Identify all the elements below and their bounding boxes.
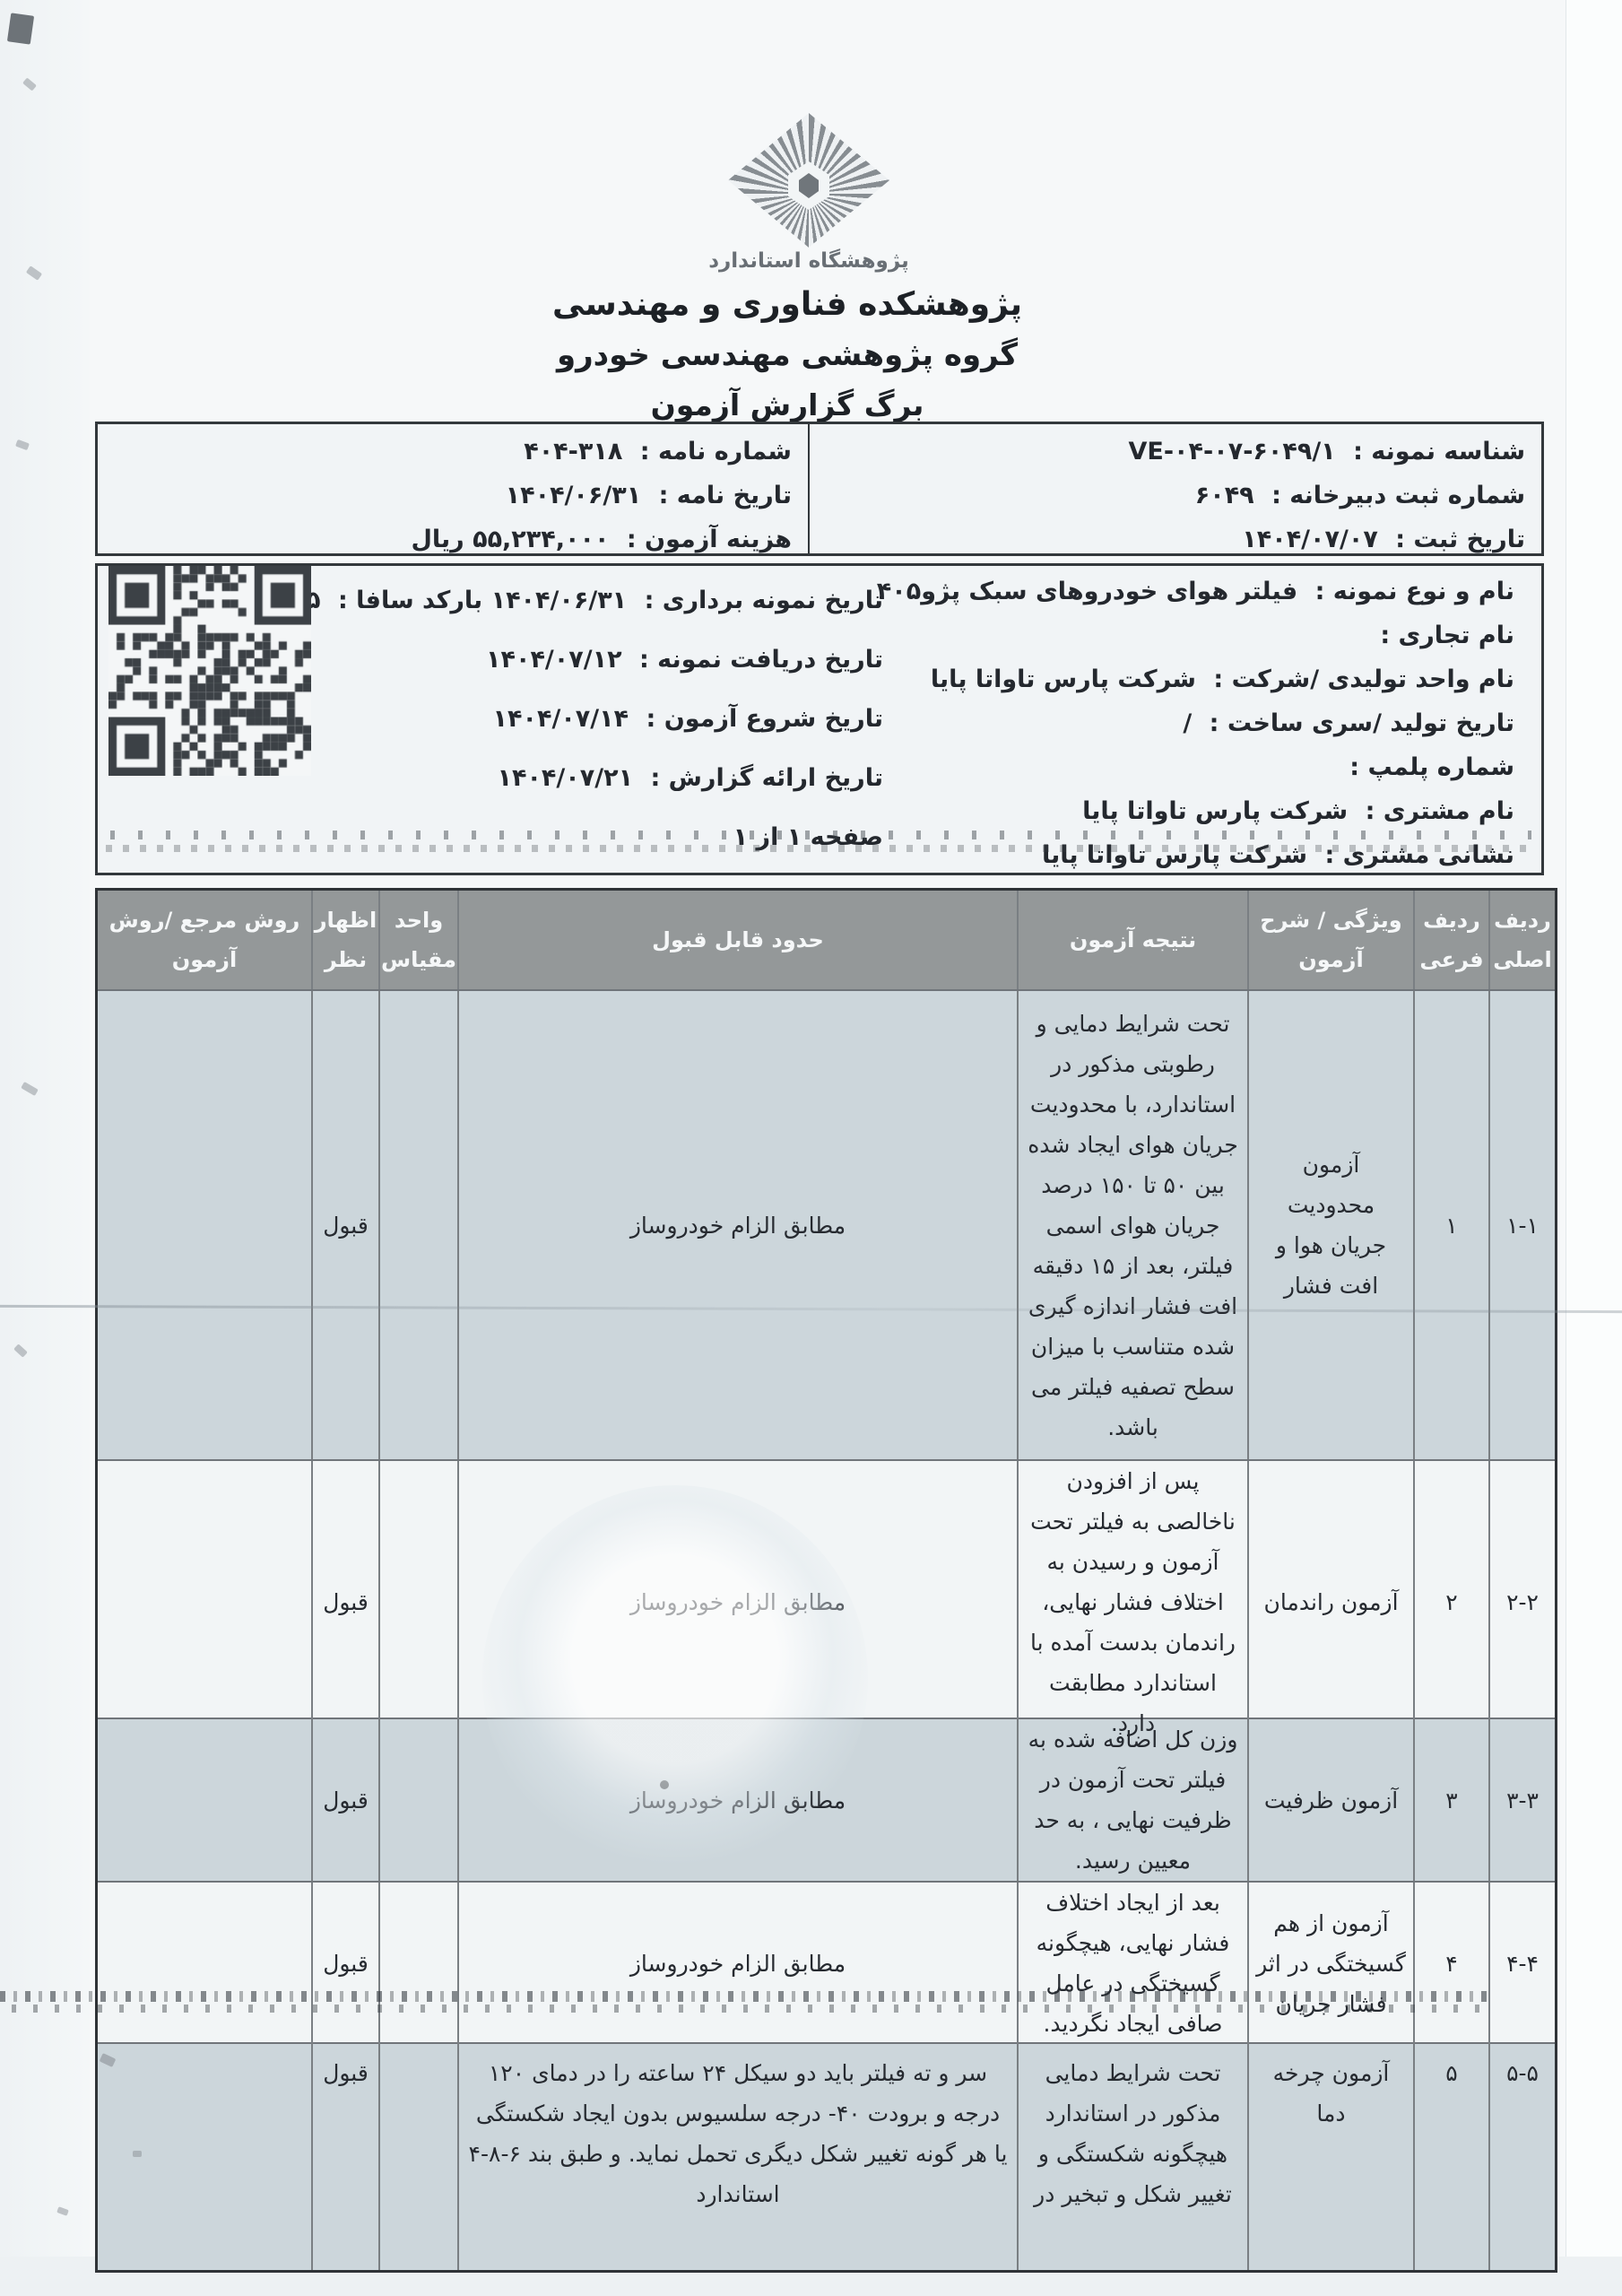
table-row: ۵-۵ ۵ آزمون چرخه دما تحت شرایط دمایی مذک… <box>98 2042 1555 2270</box>
customer-name-line: نام مشتری : شرکت پارس تاواتا پایا <box>923 789 1531 833</box>
cell-feature: آزمون محدودیت جریان هوا و افت فشار <box>1247 991 1413 1459</box>
header-unit: واحد مقیاس <box>378 891 457 989</box>
letter-date-line: تاریخ نامه : ۱۴۰۴/۰۶/۳۱ <box>98 474 808 517</box>
table-row: ۲-۲ ۲ آزمون راندمان پس از افزودن ناخالصی… <box>98 1459 1555 1718</box>
registration-right-cell: شناسه نمونه : ۶۰۴۹/۱-۰۷-VE-۰۴ شماره ثبت … <box>808 424 1541 553</box>
production-date-line: تاریخ تولید /سری ساخت : / <box>923 701 1531 745</box>
scan-right-margin <box>1566 0 1622 2296</box>
sample-names-cell: نام و نوع نمونه : فیلتر هوای خودروهای سب… <box>923 566 1541 873</box>
table-row: ۱-۱ ۱ آزمون محدودیت جریان هوا و افت فشار… <box>98 989 1555 1459</box>
cell-unit <box>378 991 457 1459</box>
header-limits: حدود قابل قبول <box>457 891 1017 989</box>
header-row-main: ردیف اصلی <box>1488 891 1555 989</box>
cell-opinion: قبول <box>311 1883 378 2044</box>
cell-result: وزن کل اضافه شده به فیلتر تحت آزمون در ظ… <box>1017 1719 1247 1881</box>
cell-limits: سر و ته فیلتر باید دو سیکل ۲۴ ساعته را د… <box>457 2044 1017 2270</box>
cell-unit <box>378 2044 457 2270</box>
scanned-test-report-page: پژوهشگاه استاندارد پژوهشکده فناوری و مهن… <box>0 0 1622 2296</box>
test-results-table: ردیف اصلی ردیف فرعی ویژگی / شرح آزمون نت… <box>95 888 1557 2273</box>
cell-feature: آزمون ظرفیت <box>1247 1719 1413 1881</box>
cell-row-sub: ۲ <box>1413 1461 1488 1744</box>
cell-row-main: ۵-۵ <box>1488 2044 1555 2270</box>
cell-opinion: قبول <box>311 991 378 1459</box>
cell-method <box>98 991 311 1459</box>
cell-limits: مطابق الزام خودروساز <box>457 991 1017 1459</box>
sample-info-box: نام و نوع نمونه : فیلتر هوای خودروهای سب… <box>95 563 1544 875</box>
header-method: روش مرجع /روش آزمون <box>98 891 311 989</box>
cell-row-sub: ۱ <box>1413 991 1488 1459</box>
cell-unit <box>378 1719 457 1881</box>
header-feature: ویژگی / شرح آزمون <box>1247 891 1413 989</box>
cell-feature: آزمون چرخه دما <box>1247 2044 1413 2270</box>
page-number: صفحه ۱ از ۱ <box>98 808 899 867</box>
table-header-row: ردیف اصلی ردیف فرعی ویژگی / شرح آزمون نت… <box>98 891 1555 989</box>
institute-logotype: پژوهشگاه استاندارد <box>629 249 988 273</box>
customer-address-line: نشانی مشتری : شرکت پارس تاواتا پایا <box>923 833 1531 877</box>
registration-date-line: تاریخ ثبت : ۱۴۰۴/۰۷/۰۷ <box>810 517 1541 561</box>
cell-result: بعد از ایجاد اختلاف فشار نهایی، هیچگونه … <box>1017 1883 1247 2044</box>
cell-row-main: ۴-۴ <box>1488 1883 1555 2044</box>
cell-unit <box>378 1461 457 1744</box>
scan-left-margin <box>0 0 90 2296</box>
seal-number-line: شماره پلمپ : <box>923 745 1531 789</box>
table-row: ۳-۳ ۳ آزمون ظرفیت وزن کل اضافه شده به فی… <box>98 1718 1555 1881</box>
cell-feature: آزمون از هم گسیختگی در اثر فشار جریان <box>1247 1883 1413 2044</box>
trade-name-line: نام تجاری : <box>923 613 1531 657</box>
cell-method <box>98 1883 311 2044</box>
header-opinion: اظهار نظر <box>311 891 378 989</box>
registration-left-cell: شماره نامه : ۳۱۸-۴۰۴ تاریخ نامه : ۱۴۰۴/۰… <box>98 424 808 553</box>
institute-sunburst-logo-icon <box>728 113 889 248</box>
cell-result: تحت شرایط دمایی و رطوبتی مذکور در استاند… <box>1017 991 1247 1459</box>
test-cost-line: هزینه آزمون : ۵۵,۲۳۴,۰۰۰ ریال <box>98 517 808 561</box>
cell-unit <box>378 1883 457 2044</box>
cell-row-sub: ۵ <box>1413 2044 1488 2270</box>
cell-limits: مطابق الزام خودروساز <box>457 1461 1017 1744</box>
registration-info-box: شناسه نمونه : ۶۰۴۹/۱-۰۷-VE-۰۴ شماره ثبت … <box>95 422 1544 556</box>
cell-method <box>98 1461 311 1744</box>
cell-result: پس از افزودن ناخالصی به فیلتر تحت آزمون … <box>1017 1461 1247 1744</box>
cell-row-main: ۳-۳ <box>1488 1719 1555 1881</box>
cell-row-main: ۱-۱ <box>1488 991 1555 1459</box>
cell-method <box>98 2044 311 2270</box>
research-group-title: گروه پژوهشی مهندسی خودرو <box>339 330 1236 380</box>
sample-id-line: شناسه نمونه : ۶۰۴۹/۱-۰۷-VE-۰۴ <box>810 430 1541 474</box>
secretariat-number-line: شماره ثبت دبیرخانه : ۶۰۴۹ <box>810 474 1541 517</box>
cell-result: تحت شرایط دمایی مذکور در استاندارد هیچگو… <box>1017 2044 1247 2270</box>
cell-limits: مطابق الزام خودروساز <box>457 1883 1017 2044</box>
sample-dates-cell: تاریخ نمونه برداری : ۱۴۰۴/۰۶/۳۱ بارکد سا… <box>98 566 923 873</box>
cell-method <box>98 1719 311 1881</box>
cell-row-main: ۲-۲ <box>1488 1461 1555 1744</box>
cell-feature: آزمون راندمان <box>1247 1461 1413 1744</box>
document-headings: پژوهشکده فناوری و مهندسی گروه پژوهشی مهن… <box>339 280 1236 430</box>
letter-number-line: شماره نامه : ۳۱۸-۴۰۴ <box>98 430 808 474</box>
cell-opinion: قبول <box>311 1719 378 1881</box>
cell-limits: مطابق الزام خودروساز <box>457 1719 1017 1881</box>
header-result: نتیجه آزمون <box>1017 891 1247 989</box>
cell-opinion: قبول <box>311 1461 378 1744</box>
cell-row-sub: ۳ <box>1413 1719 1488 1881</box>
cell-opinion: قبول <box>311 2044 378 2270</box>
table-row: ۴-۴ ۴ آزمون از هم گسیختگی در اثر فشار جر… <box>98 1881 1555 2042</box>
header-row-sub: ردیف فرعی <box>1413 891 1488 989</box>
cell-row-sub: ۴ <box>1413 1883 1488 2044</box>
manufacturer-line: نام واحد تولیدی /شرکت : شرکت پارس تاواتا… <box>923 657 1531 701</box>
sample-name-line: نام و نوع نمونه : فیلتر هوای خودروهای سب… <box>923 570 1531 613</box>
qr-code <box>108 566 311 776</box>
institute-dept-title: پژوهشکده فناوری و مهندسی <box>339 280 1236 330</box>
